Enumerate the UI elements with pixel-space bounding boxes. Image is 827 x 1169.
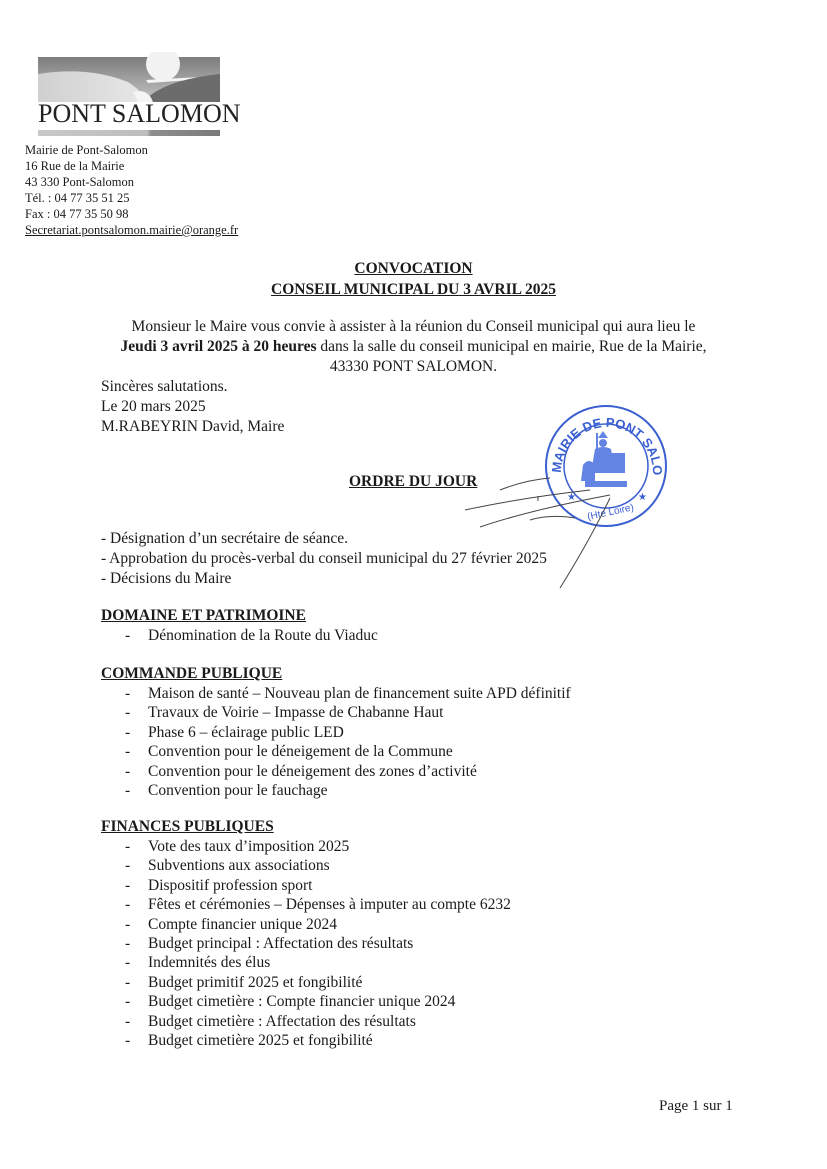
logo-text: PONT SALOMON — [38, 99, 222, 129]
intro-line-1: Monsieur le Maire vous convie à assister… — [0, 317, 827, 337]
agenda-item: -Fêtes et cérémonies – Dépenses à impute… — [101, 895, 511, 914]
agenda-item: -Indemnités des élus — [101, 953, 511, 972]
title-conseil: CONSEIL MUNICIPAL DU 3 AVRIL 2025 — [0, 279, 827, 300]
agenda-item: -Convention pour le déneigement de la Co… — [101, 742, 571, 761]
section-finances-publiques: FINANCES PUBLIQUES -Vote des taux d’impo… — [101, 817, 511, 1050]
page-number: Page 1 sur 1 — [659, 1098, 733, 1115]
section-heading: DOMAINE ET PATRIMOINE — [101, 606, 378, 626]
town-logo: PONT SALOMON — [38, 44, 220, 139]
agenda-item: -Convention pour le fauchage — [101, 781, 571, 800]
intro-paragraph: Monsieur le Maire vous convie à assister… — [0, 317, 827, 377]
agenda-item: -Budget principal : Affectation des résu… — [101, 934, 511, 953]
svg-text:★: ★ — [638, 492, 647, 503]
agenda-item: -Subventions aux associations — [101, 856, 511, 875]
address-line: 16 Rue de la Mairie — [25, 158, 238, 174]
phone-line: Tél. : 04 77 35 51 25 — [25, 190, 238, 206]
agenda-item: -Budget cimetière : Compte financier uni… — [101, 992, 511, 1011]
address-line: 43 330 Pont-Salomon — [25, 174, 238, 190]
agenda-item: -Compte financier unique 2024 — [101, 915, 511, 934]
letter-date: Le 20 mars 2025 — [101, 397, 284, 417]
email-link[interactable]: Secretariat.pontsalomon.mairie@orange.fr — [25, 222, 238, 238]
section-heading: COMMANDE PUBLIQUE — [101, 664, 571, 684]
intro-line-3: 43330 PONT SALOMON. — [0, 357, 827, 377]
section-heading: FINANCES PUBLIQUES — [101, 817, 511, 837]
address-line: Mairie de Pont-Salomon — [25, 142, 238, 158]
document-title: CONVOCATION CONSEIL MUNICIPAL DU 3 AVRIL… — [0, 258, 827, 300]
meeting-location: dans la salle du conseil municipal en ma… — [317, 338, 707, 355]
logo-landscape-image — [38, 52, 220, 102]
agenda-item: -Budget cimetière 2025 et fongibilité — [101, 1031, 511, 1050]
agenda-preliminary-list: - Désignation d’un secrétaire de séance.… — [101, 529, 547, 589]
fax-line: Fax : 04 77 35 50 98 — [25, 206, 238, 222]
section-domaine-patrimoine: DOMAINE ET PATRIMOINE -Dénomination de l… — [101, 606, 378, 645]
agenda-item: -Travaux de Voirie – Impasse de Chabanne… — [101, 703, 571, 722]
agenda-item: -Budget cimetière : Affectation des résu… — [101, 1012, 511, 1031]
agenda-item: - Approbation du procès-verbal du consei… — [101, 549, 547, 569]
agenda-item: -Dénomination de la Route du Viaduc — [101, 626, 378, 645]
agenda-item: -Budget primitif 2025 et fongibilité — [101, 973, 511, 992]
logo-stripe — [38, 130, 220, 136]
agenda-item: - Désignation d’un secrétaire de séance. — [101, 529, 547, 549]
title-convocation: CONVOCATION — [0, 258, 827, 279]
agenda-item: -Convention pour le déneigement des zone… — [101, 762, 571, 781]
agenda-item: -Dispositif profession sport — [101, 876, 511, 895]
intro-line-2: Jeudi 3 avril 2025 à 20 heures dans la s… — [0, 337, 827, 357]
agenda-item: -Maison de santé – Nouveau plan de finan… — [101, 684, 571, 703]
signatory: M.RABEYRIN David, Maire — [101, 417, 284, 437]
mairie-address: Mairie de Pont-Salomon 16 Rue de la Mair… — [25, 142, 238, 238]
agenda-heading: ORDRE DU JOUR — [349, 473, 477, 491]
agenda-item: -Phase 6 – éclairage public LED — [101, 723, 571, 742]
meeting-datetime: Jeudi 3 avril 2025 à 20 heures — [120, 338, 316, 355]
section-commande-publique: COMMANDE PUBLIQUE -Maison de santé – Nou… — [101, 664, 571, 800]
agenda-item: -Vote des taux d’imposition 2025 — [101, 837, 511, 856]
agenda-item: - Décisions du Maire — [101, 569, 547, 589]
signoff-block: Sincères salutations. Le 20 mars 2025 M.… — [101, 377, 284, 437]
greeting: Sincères salutations. — [101, 377, 284, 397]
